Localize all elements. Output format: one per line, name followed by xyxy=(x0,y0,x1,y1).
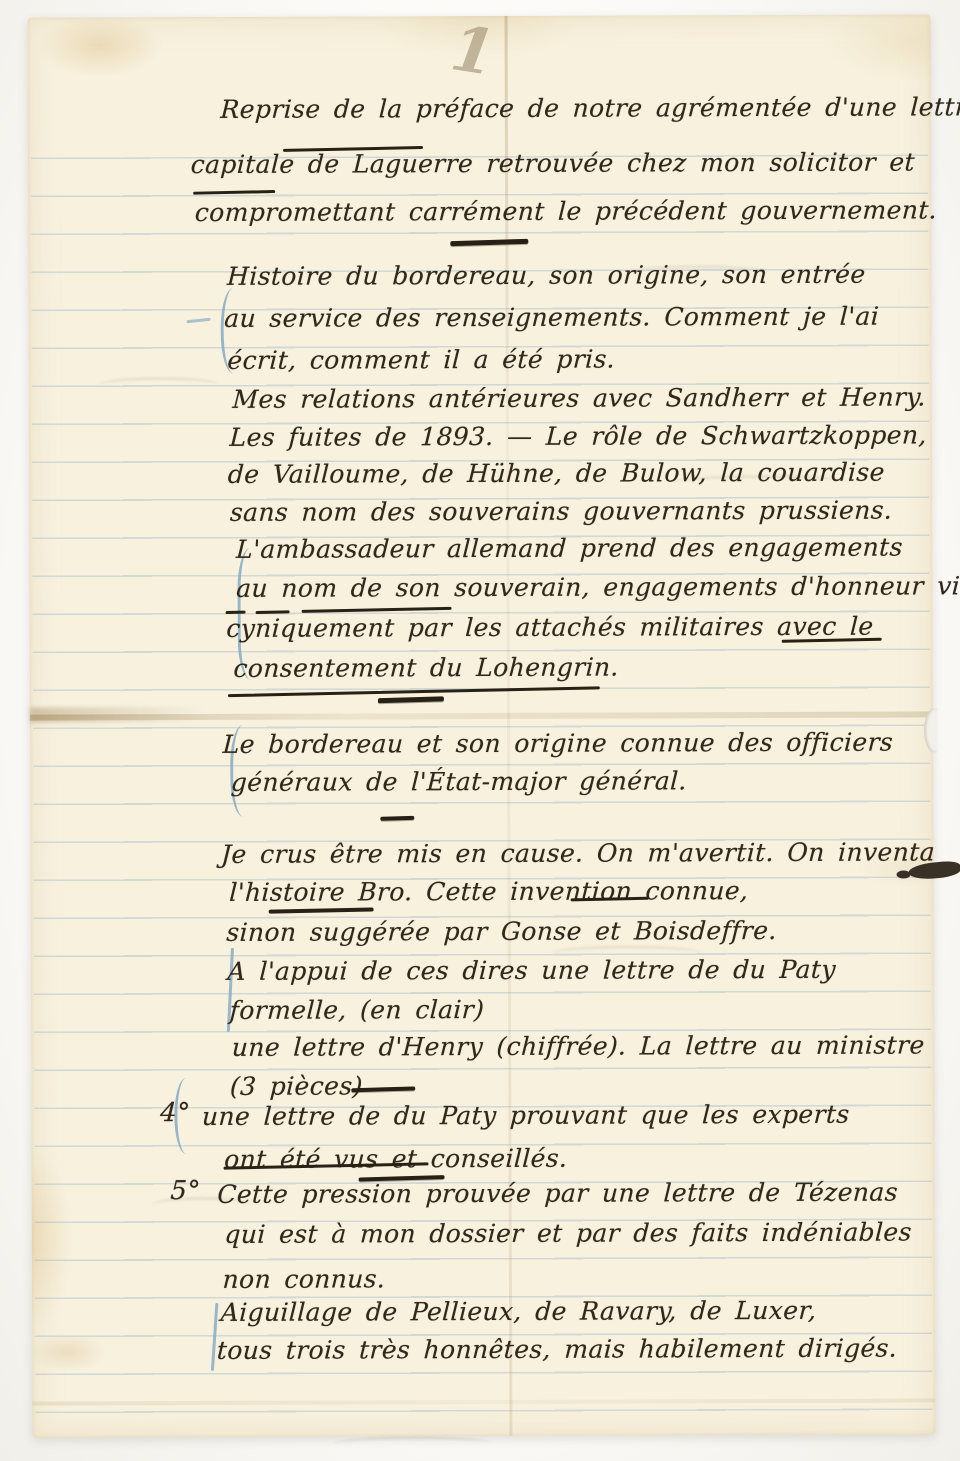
ink-blot xyxy=(897,871,911,879)
manuscript-page: 1 Reprise de la préface de notre agrémen… xyxy=(28,14,936,1437)
manuscript-line: tous trois très honnêtes, mais habilemen… xyxy=(216,1335,898,1365)
manuscript-line: qui est à mon dossier et par des faits i… xyxy=(224,1218,913,1248)
manuscript-line: Cette pression prouvée par une lettre de… xyxy=(217,1179,899,1209)
manuscript-line: (3 pièces) xyxy=(229,1072,363,1100)
list-item-marker: 4° xyxy=(159,1099,191,1128)
list-item-marker: 5° xyxy=(170,1177,202,1206)
manuscript-line: sans nom des souverains gouvernants prus… xyxy=(229,497,893,527)
manuscript-line: sinon suggérée par Gonse et Boisdeffre. xyxy=(226,917,778,946)
manuscript-line: A l'appui de ces dires une lettre de du … xyxy=(227,956,837,986)
manuscript-line: au nom de son souverain, engagements d'h… xyxy=(236,572,960,602)
manuscript-line: Je crus être mis en cause. On m'avertit.… xyxy=(220,838,935,868)
manuscript-line: non connus. xyxy=(222,1265,386,1293)
manuscript-line: ont été vus et conseillés. xyxy=(224,1145,569,1174)
manuscript-line: capitale de Laguerre retrouvée chez mon … xyxy=(190,148,916,178)
manuscript-line: compromettant carrément le précédent gou… xyxy=(194,196,938,226)
manuscript-line: Histoire du bordereau, son origine, son … xyxy=(226,261,866,291)
manuscript-line: de Vailloume, de Hühne, de Bulow, la cou… xyxy=(227,459,885,489)
photograph-background: 1 Reprise de la préface de notre agrémen… xyxy=(0,0,960,1461)
verso-showthrough xyxy=(332,1436,492,1452)
manuscript-line: Reprise de la préface de notre agrémenté… xyxy=(220,93,960,123)
manuscript-line: cyniquement par les attachés militaires … xyxy=(226,613,875,643)
fold-smudge xyxy=(30,707,205,723)
manuscript-line: au service des renseignements. Comment j… xyxy=(224,303,880,333)
manuscript-line: écrit, comment il a été pris. xyxy=(227,346,616,375)
manuscript-line: une lettre de du Paty prouvant que les e… xyxy=(201,1101,850,1131)
manuscript-line: Aiguillage de Pellieux, de Ravary, de Lu… xyxy=(220,1297,817,1327)
manuscript-line: consentement du Lohengrin. xyxy=(233,654,620,683)
ink-underline-stroke xyxy=(226,611,246,614)
manuscript-line: Le bordereau et son origine connue des o… xyxy=(222,729,894,759)
manuscript-line: Les fuites de 1893. — Le rôle de Schwart… xyxy=(229,421,927,451)
manuscript-line: une lettre d'Henry (chiffrée). La lettre… xyxy=(231,1031,925,1061)
manuscript-line: l'histoire Bro. Cette invention connue, xyxy=(229,877,749,906)
manuscript-line: Mes relations antérieures avec Sandherr … xyxy=(232,383,927,413)
pencil-page-number: 1 xyxy=(446,11,500,90)
manuscript-line: généraux de l'État-major général. xyxy=(230,767,687,796)
manuscript-line: L'ambassadeur allemand prend des engagem… xyxy=(235,534,903,564)
manuscript-line: formelle, (en clair) xyxy=(229,996,485,1024)
